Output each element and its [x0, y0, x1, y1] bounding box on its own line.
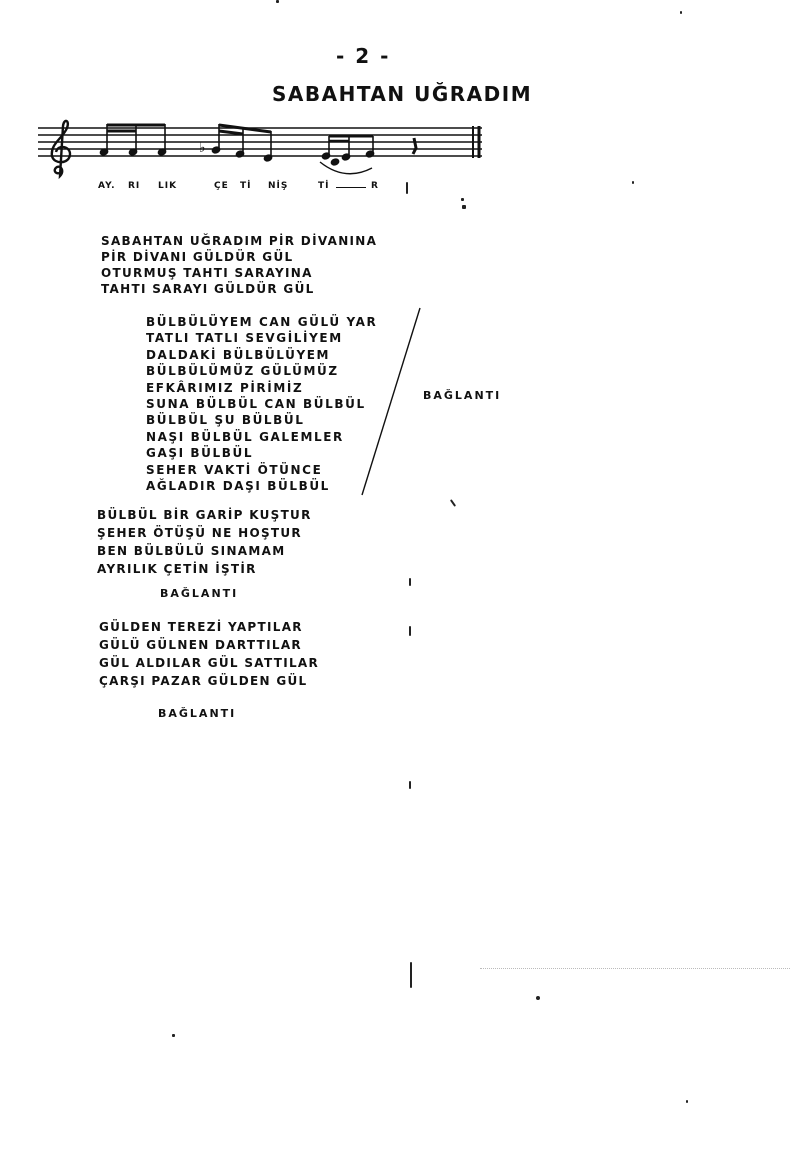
chorus-bracket	[355, 305, 425, 500]
lyric-line: SABAHTAN UĞRADIM PİR DİVANINA	[101, 233, 377, 249]
lyric-line: BEN BÜLBÜLÜ SINAMAM	[97, 542, 312, 560]
chorus: BÜLBÜLÜYEM CAN GÜLÜ YAR TATLI TATLI SEVG…	[146, 314, 377, 494]
syllable: AY.	[98, 181, 116, 191]
melisma-line	[336, 187, 366, 188]
scan-speck	[409, 578, 411, 586]
lyric-line: AĞLADIR DAŞI BÜLBÜL	[146, 478, 377, 494]
scan-noise-line	[480, 968, 790, 970]
syllable: R	[371, 181, 379, 191]
scan-speck	[680, 11, 682, 14]
lyric-line: SEHER VAKTİ ÖTÜNCE	[146, 462, 377, 478]
syllable: Tİ	[318, 181, 330, 191]
lyric-line: BÜLBÜLÜMÜZ GÜLÜMÜZ	[146, 363, 377, 379]
song-title: SABAHTAN UĞRADIM	[272, 82, 532, 106]
stanza-1: SABAHTAN UĞRADIM PİR DİVANINA PİR DİVANI…	[101, 233, 377, 297]
scan-speck	[632, 181, 634, 184]
stanza-3: GÜLDEN TEREZİ YAPTILAR GÜLÜ GÜLNEN DARTT…	[99, 618, 319, 690]
scan-speck	[461, 198, 464, 201]
refrain-label: BAĞLANTI	[158, 707, 236, 720]
chorus-label: BAĞLANTI	[423, 389, 501, 402]
syllable: LIK	[158, 181, 177, 191]
lyric-line: OTURMUŞ TAHTI SARAYINA	[101, 265, 377, 281]
lyric-line: BÜLBÜLÜYEM CAN GÜLÜ YAR	[146, 314, 377, 330]
scan-speck	[536, 996, 540, 1000]
rest-icon	[413, 138, 416, 154]
scan-speck	[409, 781, 411, 789]
lyric-line: SUNA BÜLBÜL CAN BÜLBÜL	[146, 396, 377, 412]
scan-speck	[406, 182, 408, 194]
syllable: RI	[128, 181, 140, 191]
lyric-line: TAHTI SARAYI GÜLDÜR GÜL	[101, 281, 377, 297]
flat-icon: ♭	[199, 140, 206, 156]
lyric-line: ŞEHER ÖTÜŞÜ NE HOŞTUR	[97, 524, 312, 542]
scan-speck	[276, 0, 279, 3]
scan-speck	[409, 626, 411, 636]
lyric-line: EFKÂRIMIZ PİRİMİZ	[146, 380, 377, 396]
lyric-line: DALDAKİ BÜLBÜLÜYEM	[146, 347, 377, 363]
page-number: - 2 -	[336, 44, 390, 68]
scan-speck	[450, 499, 456, 507]
lyric-line: GAŞI BÜLBÜL	[146, 445, 377, 461]
lyric-line: BÜLBÜL BİR GARİP KUŞTUR	[97, 506, 312, 524]
lyric-line: AYRILIK ÇETİN İŞTİR	[97, 560, 312, 578]
lyric-line: BÜLBÜL ŞU BÜLBÜL	[146, 412, 377, 428]
scan-speck	[172, 1034, 175, 1037]
lyric-line: GÜLDEN TEREZİ YAPTILAR	[99, 618, 319, 636]
music-staff: ♭	[30, 110, 490, 185]
syllable: Tİ	[240, 181, 252, 191]
lyric-line: PİR DİVANI GÜLDÜR GÜL	[101, 249, 377, 265]
scan-speck	[686, 1100, 688, 1103]
lyric-line: GÜLÜ GÜLNEN DARTTILAR	[99, 636, 319, 654]
refrain-label: BAĞLANTI	[160, 587, 238, 600]
lyric-line: NAŞI BÜLBÜL GALEMLER	[146, 429, 377, 445]
lyric-line: TATLI TATLI SEVGİLİYEM	[146, 330, 377, 346]
scan-speck	[410, 962, 412, 988]
syllable: NİŞ	[268, 181, 288, 191]
syllable: ÇE	[214, 181, 229, 191]
scan-speck	[462, 205, 466, 209]
stanza-2: BÜLBÜL BİR GARİP KUŞTUR ŞEHER ÖTÜŞÜ NE H…	[97, 506, 312, 578]
lyric-line: GÜL ALDILAR GÜL SATTILAR	[99, 654, 319, 672]
lyric-line: ÇARŞI PAZAR GÜLDEN GÜL	[99, 672, 319, 690]
